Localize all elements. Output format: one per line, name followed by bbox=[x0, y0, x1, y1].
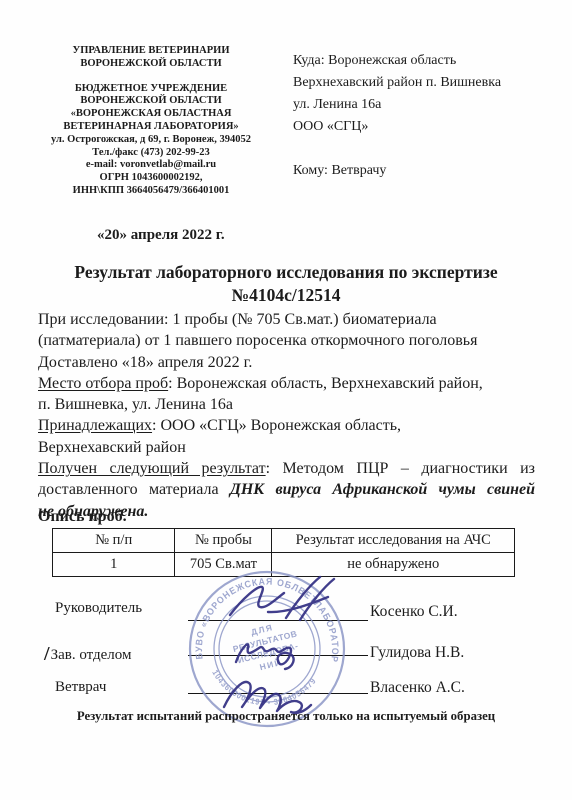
body-text: При исследовании: 1 пробы (№ 705 Св.мат.… bbox=[38, 309, 535, 522]
org-inn-line: ИНН\КПП 3664056479/366401001 bbox=[35, 185, 267, 198]
signature-role-director: Руководитель bbox=[55, 600, 142, 617]
result-text: доставленного материала bbox=[38, 481, 230, 498]
body-line: Доставлено «18» апреля 2022 г. bbox=[38, 352, 535, 373]
table-header-number: № п/п bbox=[53, 529, 175, 553]
body-line: Верхнехавский район bbox=[38, 437, 535, 458]
inventory-caption: Опись проб. bbox=[38, 508, 127, 526]
body-line: п. Вишневка, ул. Ленина 16а bbox=[38, 394, 535, 415]
recipient-line: Куда: Воронежская область bbox=[293, 50, 528, 72]
recipient-line: ул. Ленина 16а bbox=[293, 94, 528, 116]
document-date: «20» апреля 2022 г. bbox=[97, 227, 225, 244]
document-title: Результат лабораторного исследования по … bbox=[20, 261, 552, 307]
signature-role-label: Зав. отделом bbox=[51, 647, 132, 663]
sampling-place-value: : Воронежская область, Верхнехавский рай… bbox=[168, 375, 483, 392]
org-ogrn-line: ОГРН 1043600002192, bbox=[35, 172, 267, 185]
result-emphasis: ДНК вируса Африканской чумы свиней bbox=[230, 481, 535, 498]
signature-name-veterinarian: Власенко А.С. bbox=[370, 679, 465, 697]
signature-scribble-head-of-department bbox=[236, 644, 294, 669]
sampling-place-label: Место отбора проб bbox=[38, 375, 168, 392]
body-line: Получен следующий результат: Методом ПЦР… bbox=[38, 458, 535, 479]
signature-role-veterinarian: Ветврач bbox=[55, 679, 106, 696]
result-label: Получен следующий результат bbox=[38, 460, 266, 477]
document-title-line1: Результат лабораторного исследования по … bbox=[20, 261, 552, 284]
body-line: При исследовании: 1 пробы (№ 705 Св.мат.… bbox=[38, 309, 535, 330]
recipient-line: Верхнехавский район п. Вишневка bbox=[293, 72, 528, 94]
body-line: (патматериала) от 1 павшего поросенка от… bbox=[38, 330, 535, 351]
signature-role-label: Ветврач bbox=[55, 679, 106, 695]
owner-value: : ООО «СГЦ» Воронежская область, bbox=[152, 417, 401, 434]
recipient-line: ООО «СГЦ» bbox=[293, 116, 528, 138]
spacer bbox=[35, 71, 267, 83]
body-line: Принадлежащих: ООО «СГЦ» Воронежская обл… bbox=[38, 415, 535, 436]
signature-scribble-director bbox=[230, 577, 334, 620]
signature-name-director: Косенко С.И. bbox=[370, 603, 458, 621]
body-line: доставленного материала ДНК вируса Африк… bbox=[38, 479, 535, 500]
body-line: Место отбора проб: Воронежская область, … bbox=[38, 373, 535, 394]
signature-name-head-of-department: Гулидова Н.В. bbox=[370, 644, 464, 662]
org-name-line: ВОРОНЕЖСКОЙ ОБЛАСТИ bbox=[35, 95, 267, 108]
document-page: УПРАВЛЕНИЕ ВЕТЕРИНАРИИ ВОРОНЕЖСКОЙ ОБЛАС… bbox=[0, 0, 572, 800]
org-name-line: БЮДЖЕТНОЕ УЧРЕЖДЕНИЕ bbox=[35, 83, 267, 96]
org-department-line: УПРАВЛЕНИЕ ВЕТЕРИНАРИИ bbox=[35, 45, 267, 58]
org-name-line: «ВОРОНЕЖСКАЯ ОБЛАСТНАЯ bbox=[35, 108, 267, 121]
signature-role-head-of-department: /Зав. отделом bbox=[44, 642, 131, 665]
signature-role-label: Руководитель bbox=[55, 600, 142, 616]
sender-org-block: УПРАВЛЕНИЕ ВЕТЕРИНАРИИ ВОРОНЕЖСКОЙ ОБЛАС… bbox=[35, 45, 267, 198]
org-address-line: ул. Острогожская, д 69, г. Воронеж, 3940… bbox=[35, 134, 267, 147]
recipient-block: Куда: Воронежская область Верхнехавский … bbox=[293, 50, 528, 182]
org-phone-line: Тел./факс (473) 202-99-23 bbox=[35, 147, 267, 160]
document-title-line2: №4104с/12514 bbox=[20, 284, 552, 307]
result-value: : Методом ПЦР – диагностики из bbox=[266, 460, 535, 477]
footer-disclaimer: Результат испытаний распространяется тол… bbox=[0, 709, 572, 724]
org-email-line: e-mail: voronvetlab@mail.ru bbox=[35, 159, 267, 172]
owner-label: Принадлежащих bbox=[38, 417, 152, 434]
org-name-line: ВЕТЕРИНАРНАЯ ЛАБОРАТОРИЯ» bbox=[35, 121, 267, 134]
org-department-line: ВОРОНЕЖСКОЙ ОБЛАСТИ bbox=[35, 58, 267, 71]
recipient-attention-line: Кому: Ветврачу bbox=[293, 160, 528, 182]
handwritten-slash-mark: / bbox=[44, 643, 50, 665]
